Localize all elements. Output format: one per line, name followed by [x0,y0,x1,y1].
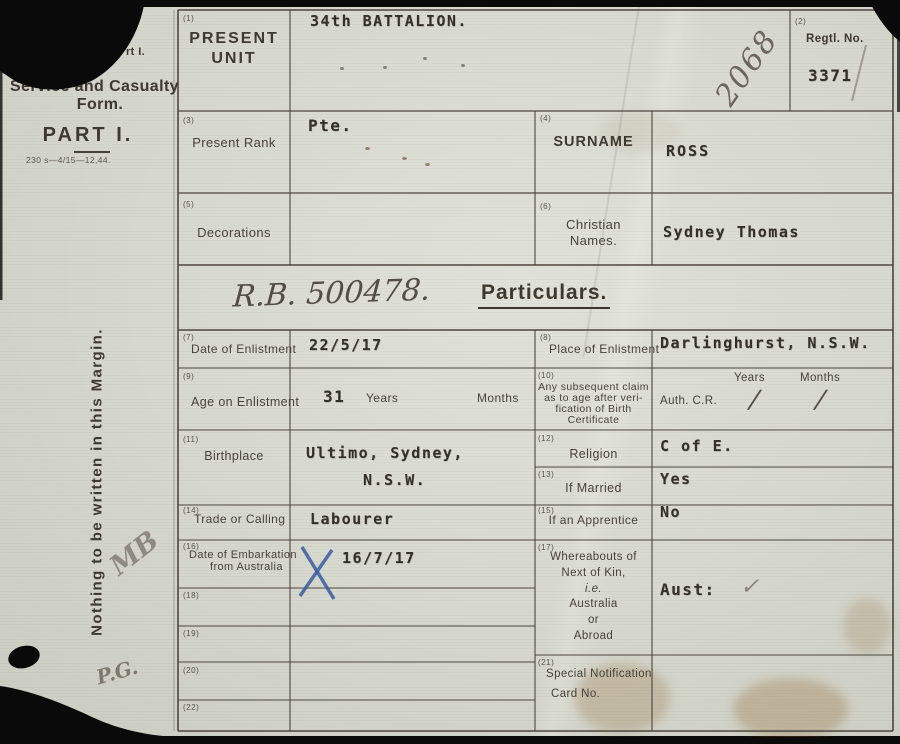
surname-num: (4) [540,114,551,123]
place-enlistment-label: Place of Enlistment [549,343,659,357]
present-unit-value: 34th BATTALION. [310,12,468,30]
age-enlistment-value: 31 [323,387,345,406]
special-card-num: (21) [538,658,554,667]
religion-num: (12) [538,434,554,443]
age-months-label: Months [477,392,519,406]
embarkation-label-line2: from Australia [210,561,283,574]
ink-speck [340,67,344,70]
ink-speck-red [425,163,430,166]
ink-speck [383,66,387,69]
ink-speck [423,57,427,60]
date-enlistment-num: (7) [183,333,194,342]
decorations-num: (5) [183,200,194,209]
christian-names-label-line2: Names. [535,234,652,249]
date-enlistment-value: 22/5/17 [309,336,383,354]
present-unit-label-line1: PRESENT [178,30,290,48]
next-of-kin-label-line3: i.e. [535,583,652,596]
embarkation-x-mark [296,544,340,604]
apprentice-value: No [660,503,681,521]
regtl-label: Regtl. No. [806,33,864,46]
next-of-kin-value: Aust: [660,580,716,599]
next-of-kin-label-line5: or [535,614,652,627]
christian-names-label-line1: Christian [535,218,652,233]
margin-part-fragment: rt I. [126,46,145,59]
row20-num: (20) [183,666,199,675]
if-married-num: (13) [538,470,554,479]
christian-names-num: (6) [540,202,551,211]
surname-label: SURNAME [535,134,652,151]
next-of-kin-label-line6: Abroad [535,630,652,643]
next-of-kin-label-line1: Whereabouts of [535,551,652,564]
present-unit-label-line2: UNIT [178,50,290,68]
particulars-title: Particulars. [478,281,610,309]
next-of-kin-label-line2: Next of Kin, [535,567,652,580]
surname-value: ROSS [666,142,710,160]
if-married-value: Yes [660,470,692,488]
present-rank-label: Present Rank [178,136,290,151]
age-claim-years-label: Years [734,372,765,385]
age-enlistment-label: Age on Enlistment [191,395,299,409]
decorations-label: Decorations [178,226,290,241]
age-enlistment-num: (9) [183,372,194,381]
trade-label: Trade or Calling [194,513,285,527]
trade-value: Labourer [310,510,394,528]
row18-num: (18) [183,591,199,600]
age-years-label: Years [366,392,398,406]
regtl-num: (2) [795,17,806,26]
religion-value: C of E. [660,437,734,455]
special-card-label-line1: Special Notification [546,668,652,681]
birthplace-value-line2: N.S.W. [363,471,426,489]
age-claim-months-label: Months [800,372,840,385]
form-title-line2: Form. [10,96,190,114]
ink-speck [461,64,465,67]
if-married-label: If Married [535,481,652,495]
embarkation-label-line1: Date of Embarkation [189,549,297,562]
part-heading-rule [74,151,110,153]
print-code: 230 s—4/15—12,44. [26,156,111,166]
regtl-value: 3371 [808,66,853,85]
form-title-line1: Service and Casualty [10,78,178,96]
place-enlistment-value: Darlinghurst, N.S.W. [660,334,871,352]
present-unit-num: (1) [183,14,194,23]
next-of-kin-label-line4: Australia [535,598,652,611]
christian-names-value: Sydney Thomas [663,223,800,241]
present-rank-value: Pte. [308,116,353,135]
birthplace-label: Birthplace [178,449,290,463]
embarkation-value: 16/7/17 [342,549,416,567]
ink-speck-red [402,157,407,160]
age-claim-label-line4: Certificate [535,414,652,426]
age-claim-auth-label: Auth. C.R. [660,395,717,408]
part-heading: PART I. [10,124,166,147]
next-of-kin-check-mark: ✓ [740,574,759,600]
margin-vertical-note: Nothing to be written in this Margin. [88,328,105,636]
birthplace-value-line1: Ultimo, Sydney, [306,444,464,462]
apprentice-label: If an Apprentice [535,514,652,528]
scanned-service-record: rt I. Service and Casualty Form. PART I.… [0,0,900,744]
place-enlistment-num: (8) [540,333,551,342]
row19-num: (19) [183,629,199,638]
date-enlistment-label: Date of Enlistment [191,343,296,357]
present-rank-num: (3) [183,116,194,125]
grid-vertical-lines [174,10,893,731]
birthplace-num: (11) [183,435,199,444]
special-card-label-line2: Card No. [551,688,600,701]
row22-num: (22) [183,703,199,712]
handwritten-reference: R.B. 500478. [232,273,432,315]
ink-speck-red [365,147,370,150]
religion-label: Religion [535,447,652,461]
age-claim-num: (10) [538,371,554,380]
